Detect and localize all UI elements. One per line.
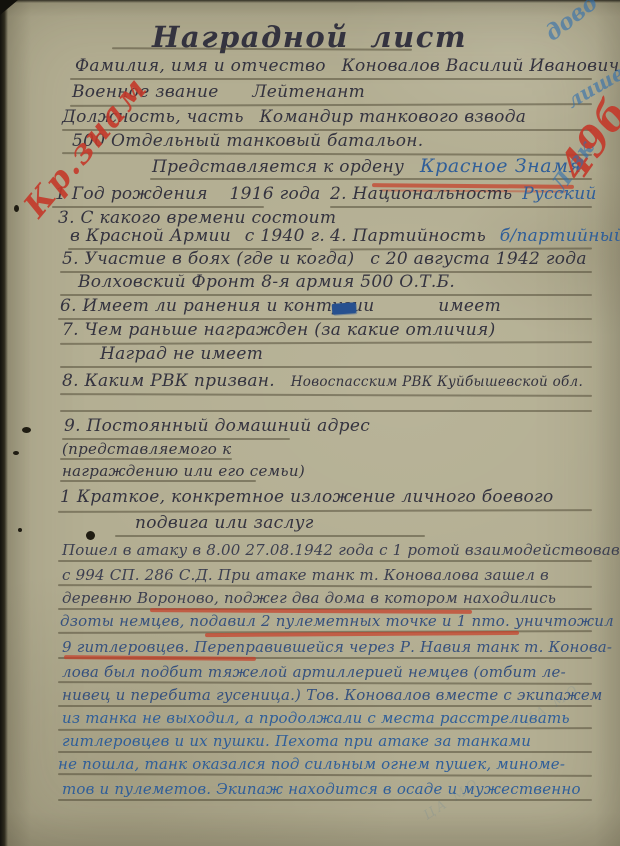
ruled-line [60, 458, 232, 460]
narrative-line: гитлеровцев и их пушки. Пехота при атаке… [62, 732, 531, 751]
ruled-line [60, 410, 592, 412]
ruled-line [150, 178, 592, 180]
unit-value: 500 Отдельный танковый батальон. [72, 131, 423, 151]
narrative-line: деревню Вороново, поджег два дома в кото… [62, 589, 556, 608]
ink-blot [332, 302, 357, 315]
surname-line: Фамилия, имя и отчество Коновалов Васили… [75, 56, 620, 77]
service-value: с 1940 г. [245, 226, 325, 246]
narrative-line: не пошла, танк оказался под сильным огне… [58, 755, 565, 774]
ruled-line [58, 751, 592, 753]
summary-heading-line-2: подвига или заслуг [135, 513, 314, 534]
narrative-line: дзоты немцев, подавил 2 пулеметных точке… [60, 612, 614, 631]
wounds-line: 6. Имеет ли ранения и контузии имеет [60, 296, 501, 317]
combat-line-2: Волховский Фронт 8-я армия 500 О.Т.Б. [78, 272, 455, 293]
bleedthrough-mark: дово [540, 0, 603, 46]
address-label-2: (представляемого к [62, 440, 231, 458]
nationality-label: 2. Национальность [330, 184, 512, 204]
rvk-line: 8. Каким РВК призван. Новоспасским РВК К… [62, 371, 583, 393]
combat-label: 5. Участие в боях (где и когда) [62, 249, 354, 269]
narrative-line: 9 гитлеровцев. Переправившейся через Р. … [62, 638, 612, 657]
combat-line: 5. Участие в боях (где и когда) с 20 авг… [62, 249, 587, 270]
summary-label-1: 1 Краткое, конкретное изложение личного … [60, 487, 553, 507]
paper-left-edge [0, 0, 8, 846]
service-cont-line: в Красной Армии с 1940 г. [70, 226, 325, 247]
rvk-label: 8. Каким РВК призван. [62, 371, 275, 391]
ruled-line [330, 206, 592, 208]
award-sheet-scan: Наградной лист Фамилия, имя и отчество К… [0, 0, 620, 846]
surname-label: Фамилия, имя и отчество [75, 56, 326, 76]
awards-value-line: Наград не имеет [100, 344, 263, 365]
paper-speck [86, 531, 95, 540]
rank-value: Лейтенант [252, 82, 365, 102]
ruled-line [60, 480, 256, 482]
address-label-3: награждению или его семьи) [62, 462, 305, 480]
address-line-1: 9. Постоянный домашний адрес [64, 416, 370, 437]
address-label-1: 9. Постоянный домашний адрес [64, 416, 370, 436]
red-underline [64, 655, 256, 661]
birth-year-label: 1 Год рождения [55, 184, 208, 204]
narrative-line: нивец и перебита гусеница.) Тов. Коновал… [62, 686, 603, 705]
party-label: 4. Партийность [330, 226, 486, 246]
paper-speck [14, 205, 19, 212]
paper-speck [22, 427, 31, 433]
narrative-line: тов и пулеметов. Экипаж находится в осад… [62, 780, 581, 799]
position-value: Командир танкового взвода [259, 107, 526, 127]
narrative-line: с 994 СП. 286 С.Д. При атаке танк т. Кон… [62, 566, 549, 585]
narrative-line: Пошел в атаку в 8.00 27.08.1942 года с 1… [62, 541, 620, 560]
awards-line: 7. Чем раньше награжден (за какие отличи… [62, 320, 496, 341]
combat-value-2: Волховский Фронт 8-я армия 500 О.Т.Б. [78, 272, 455, 292]
ruled-line [58, 560, 592, 562]
ruled-line [60, 393, 592, 397]
service-cont-label: в Красной Армии [70, 226, 231, 246]
wounds-label: 6. Имеет ли ранения и контузии [60, 296, 375, 316]
birth-year-line: 1 Год рождения 1916 года [55, 184, 321, 205]
combat-value: с 20 августа 1942 года [370, 249, 587, 269]
address-line-2: (представляемого к [62, 439, 231, 460]
service-label: 3. С какого времени состоит [58, 208, 336, 228]
ruled-line [58, 705, 592, 707]
narrative-line: лова был подбит тяжелой артиллерией немц… [62, 663, 566, 682]
narrative-line: из танка не выходил, а продолжали с мест… [62, 709, 570, 728]
surname-value: Коновалов Василий Иванович [342, 56, 620, 76]
paper-top-edge [0, 0, 620, 3]
ruled-line [58, 799, 592, 801]
presented-label: Представляется к ордену [152, 157, 404, 177]
awards-value: Наград не имеет [100, 344, 263, 364]
paper-speck [18, 528, 22, 532]
party-value: б/партийный [500, 226, 620, 246]
unit-line: 500 Отдельный танковый батальон. [72, 131, 423, 152]
ruled-line [60, 366, 592, 368]
wounds-value: имеет [438, 296, 501, 316]
birth-year-value: 1916 года [230, 184, 321, 204]
summary-label-2: подвига или заслуг [135, 513, 314, 533]
red-underline [205, 631, 519, 637]
paper-speck [13, 451, 19, 455]
ruled-line [115, 535, 425, 537]
presented-line: Представляется к ордену Красное Знамя [152, 156, 582, 178]
party-line: 4. Партийность б/партийный [330, 226, 620, 247]
awards-label: 7. Чем раньше награжден (за какие отличи… [62, 320, 496, 340]
address-line-3: награждению или его семьи) [62, 461, 305, 482]
summary-heading-line-1: 1 Краткое, конкретное изложение личного … [60, 487, 553, 508]
ruled-line [70, 78, 592, 80]
rvk-value: Новоспасским РВК Куйбышевской обл. [291, 374, 583, 390]
